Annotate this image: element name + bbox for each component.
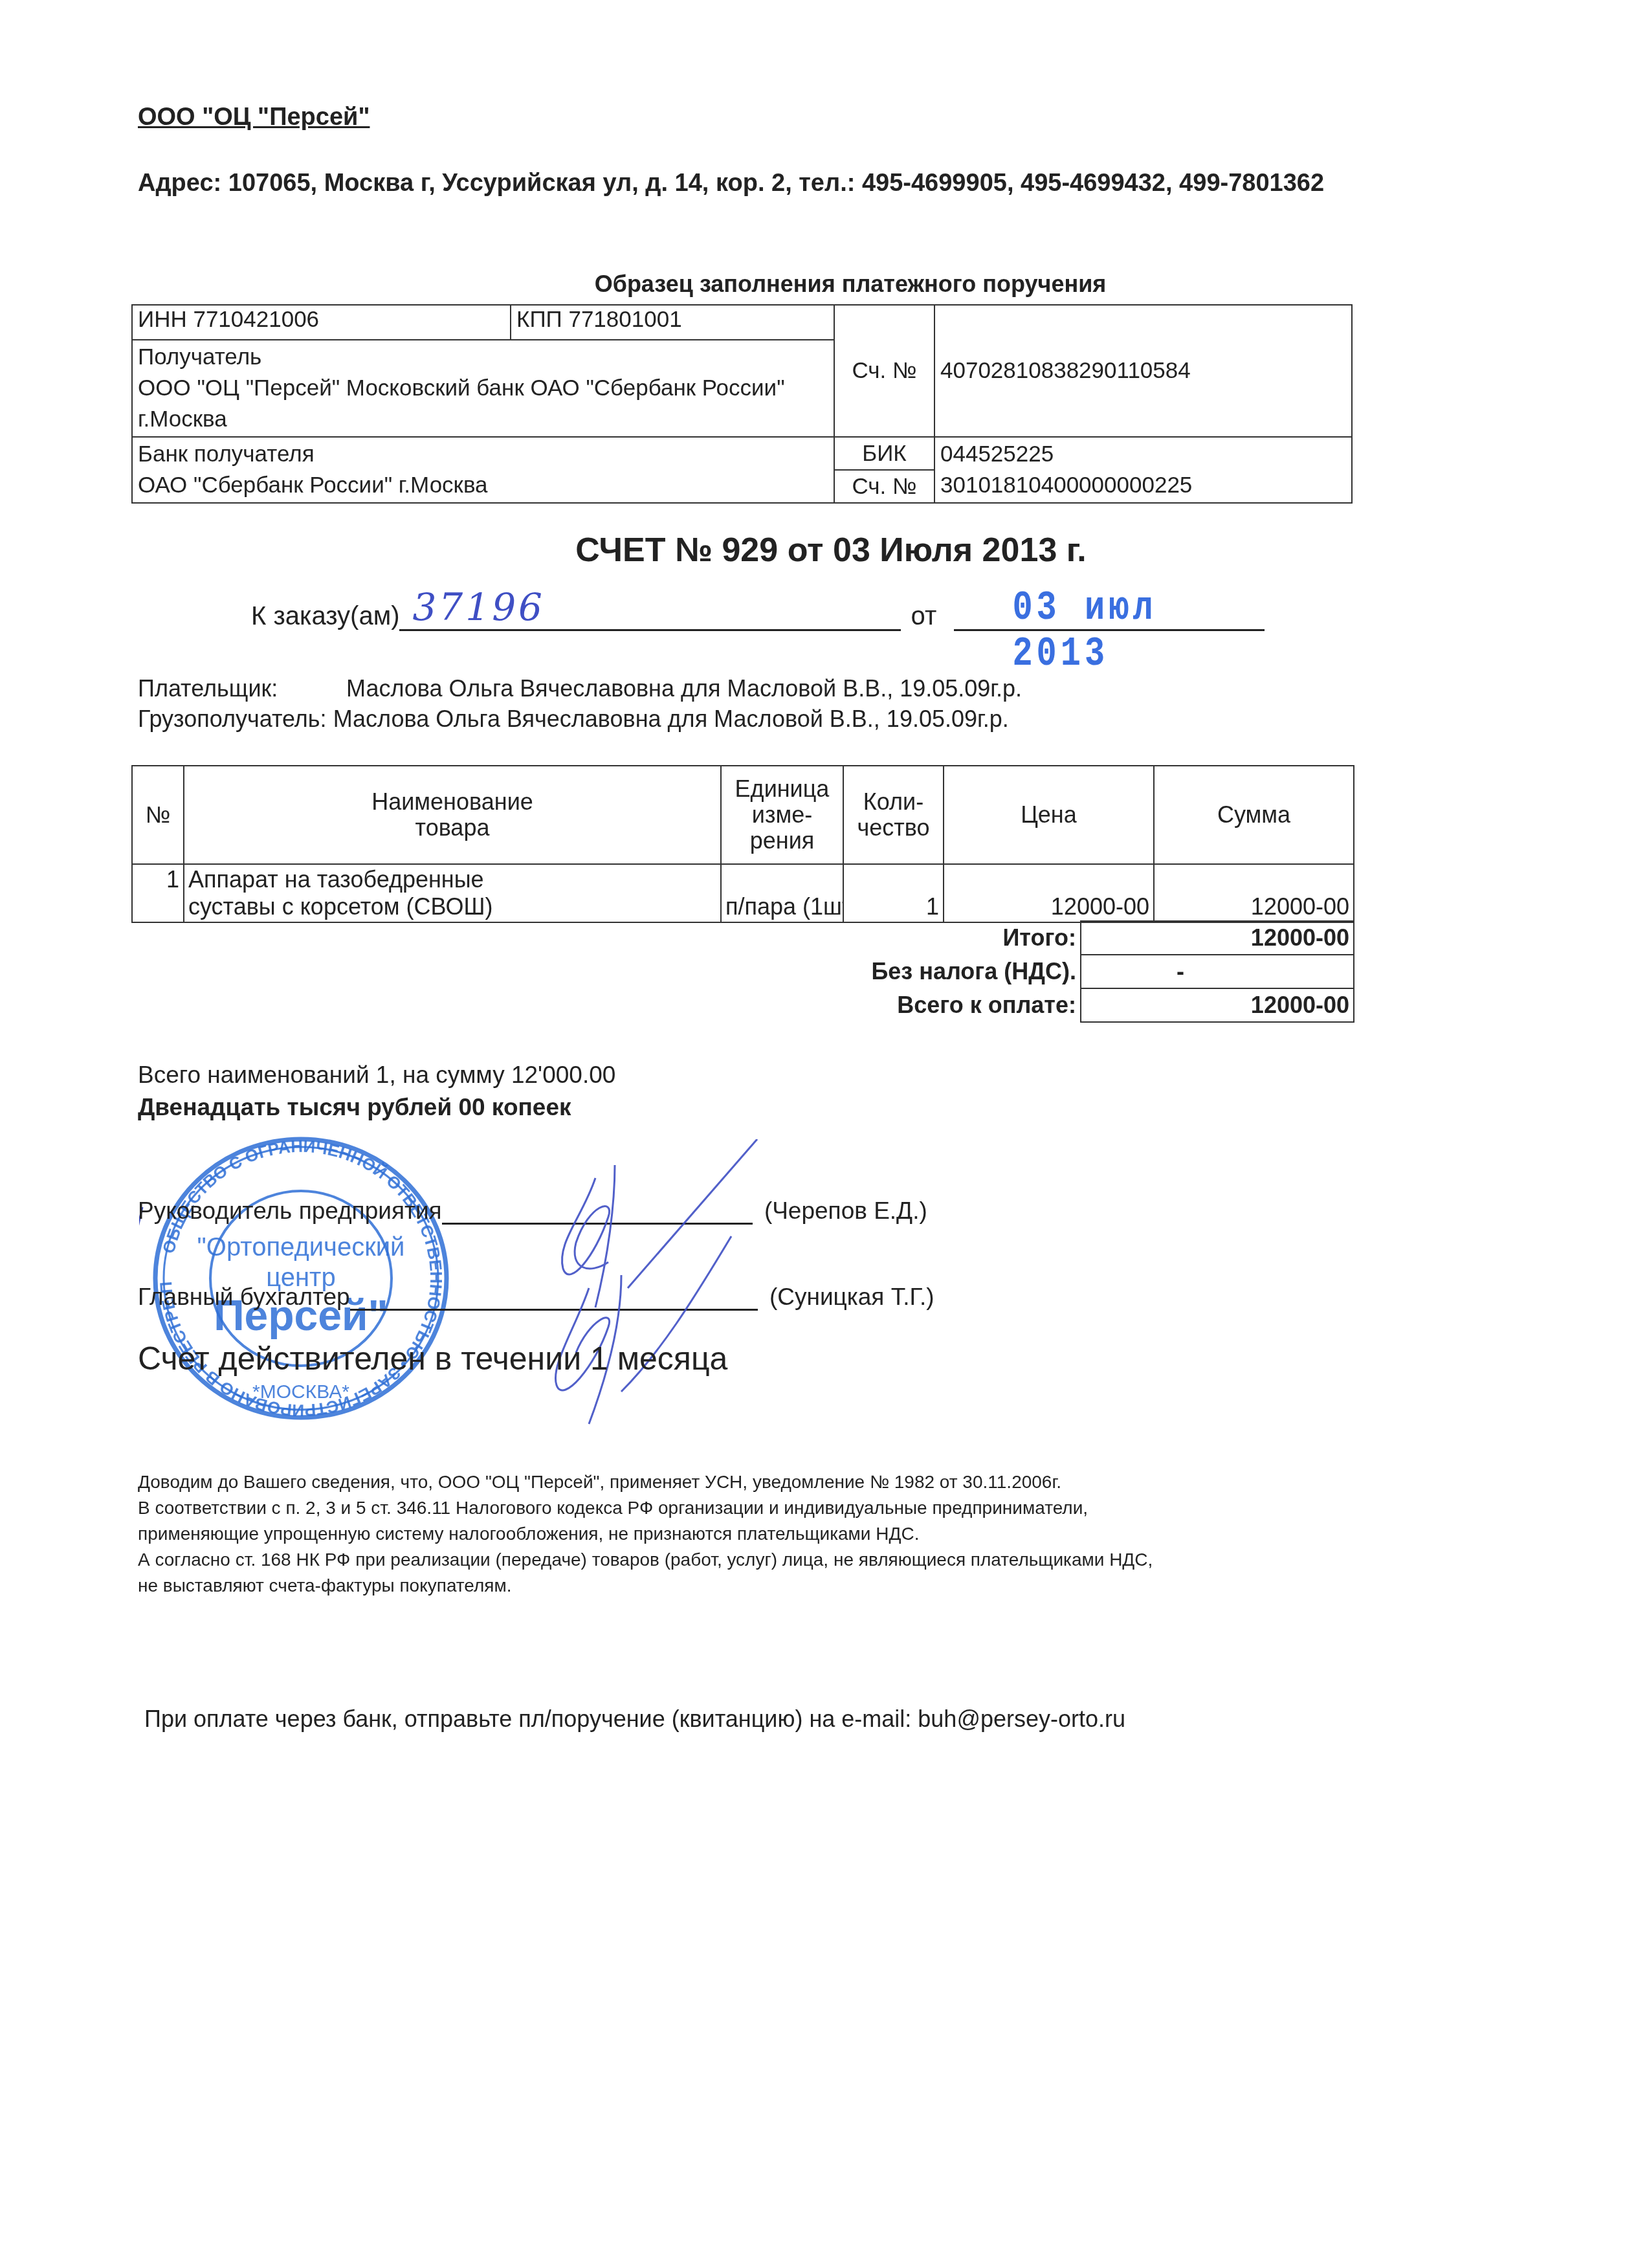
col-name-line2: товара <box>184 815 720 841</box>
handwritten-signature-icon <box>518 1139 790 1443</box>
tax-note-line: А согласно ст. 168 НК РФ при реализации … <box>138 1547 1153 1573</box>
row-qty: 1 <box>843 864 944 922</box>
subtotal-label: Итого: <box>712 921 1081 955</box>
consignee-value: Маслова Ольга Вячеславовна для Масловой … <box>333 706 1009 732</box>
subtotal-value: 12000-00 <box>1081 921 1354 955</box>
row-price: 12000-00 <box>944 864 1154 922</box>
inn-cell: ИНН 7710421006 <box>132 305 511 340</box>
col-name-line1: Наименование <box>184 789 720 815</box>
company-name: ООО "ОЦ "Персей" <box>138 104 370 131</box>
bank-name: ОАО "Сбербанк России" г.Москва <box>138 470 828 501</box>
col-qty-line1: Коли- <box>844 789 943 815</box>
col-unit-line3: рения <box>722 828 843 854</box>
director-label: Руководитель предприятия <box>138 1197 442 1224</box>
payer-value: Маслова Ольга Вячеславовна для Масловой … <box>346 675 1022 702</box>
recipient-bank-cell: Банк получателя ОАО "Сбербанк России" г.… <box>132 437 834 503</box>
col-name: Наименованиетовара <box>184 766 721 864</box>
vat-value: - <box>1081 955 1354 988</box>
col-unit-line1: Единица <box>722 776 843 802</box>
col-sum: Сумма <box>1154 766 1354 864</box>
order-number-line: 37196 <box>399 603 901 631</box>
payment-email-note: При оплате через банк, отправьте пл/пору… <box>144 1706 1125 1733</box>
order-date-line: 03 июл 2013 <box>954 603 1265 631</box>
row-unit: п/пара (1шт <box>721 864 843 922</box>
row-sum: 12000-00 <box>1154 864 1354 922</box>
col-unit: Единицаизме-рения <box>721 766 843 864</box>
col-num: № <box>132 766 184 864</box>
consignee-row: Грузополучатель: Маслова Ольга Вячеславо… <box>138 706 1009 733</box>
svg-text:"Ортопедический: "Ортопедический <box>197 1233 405 1262</box>
account-number: 40702810838290110584 <box>934 305 1352 437</box>
accountant-name: (Суницкая Т.Г.) <box>769 1284 934 1310</box>
payer-row: Плательщик:Маслова Ольга Вячеславовна дл… <box>138 675 1022 702</box>
svg-text:*МОСКВА*: *МОСКВА* <box>252 1381 349 1403</box>
amount-in-words: Двенадцать тысяч рублей 00 копеек <box>138 1094 571 1121</box>
tax-note-line: В соответствии с п. 2, 3 и 5 ст. 346.11 … <box>138 1495 1153 1521</box>
row-num: 1 <box>132 864 184 922</box>
bik-value: 044525225 <box>940 439 1346 470</box>
total-value: 12000-00 <box>1081 988 1354 1022</box>
corr-account-label: Сч. № <box>834 470 934 503</box>
invoice-title: СЧЕТ № 929 от 03 Июля 2013 г. <box>0 531 1636 570</box>
payer-label: Плательщик: <box>138 675 346 702</box>
recipient-label: Получатель <box>138 342 828 373</box>
consignee-label: Грузополучатель: <box>138 706 327 732</box>
row-name: Аппарат на тазобедренные суставы с корсе… <box>184 864 721 922</box>
totals-table: Итого:12000-00 Без налога (НДС).- Всего … <box>712 920 1354 1023</box>
col-qty-line2: чество <box>844 815 943 841</box>
bank-details-table: ИНН 7710421006 КПП 771801001 Сч. № 40702… <box>131 304 1353 504</box>
tax-notes: Доводим до Вашего сведения, что, ООО "ОЦ… <box>138 1469 1153 1599</box>
bik-label: БИК <box>834 437 934 470</box>
tax-note-line: применяющие упрощенную систему налогообл… <box>138 1521 1153 1547</box>
col-unit-line2: изме- <box>722 802 843 828</box>
total-label: Всего к оплате: <box>712 988 1081 1022</box>
col-qty: Коли-чество <box>843 766 944 864</box>
payment-sample-title: Образец заполнения платежного поручения <box>0 271 1636 298</box>
order-label: К заказу(ам) <box>251 602 399 630</box>
table-row: 1 Аппарат на тазобедренные суставы с кор… <box>132 864 1354 922</box>
tax-note-line: не выставляют счета-фактуры покупателям. <box>138 1573 1153 1599</box>
order-from-label: от <box>911 602 937 630</box>
bik-and-corr-cell: 044525225 30101810400000000225 <box>934 437 1352 503</box>
company-seal-icon: ОБЩЕСТВО С ОГРАНИЧЕННОЙ ОТВЕТСТВЕННОСТЬЮ… <box>139 1136 463 1421</box>
bank-label: Банк получателя <box>138 439 828 470</box>
recipient-cell: Получатель ООО "ОЦ "Персей" Московский б… <box>132 340 834 437</box>
handwritten-order-number: 37196 <box>412 585 545 629</box>
date-stamp: 03 июл 2013 <box>1012 585 1265 677</box>
recipient-name: ООО "ОЦ "Персей" Московский банк ОАО "Сб… <box>138 373 828 435</box>
company-address: Адрес: 107065, Москва г, Уссурийская ул,… <box>138 165 1367 201</box>
tax-note-line: Доводим до Вашего сведения, что, ООО "ОЦ… <box>138 1469 1153 1495</box>
account-label: Сч. № <box>834 305 934 437</box>
vat-label: Без налога (НДС). <box>712 955 1081 988</box>
items-table: № Наименованиетовара Единицаизме-рения К… <box>131 765 1354 923</box>
validity-notice: Счет действителен в течении 1 месяца <box>138 1340 727 1377</box>
corr-account-value: 30101810400000000225 <box>940 470 1346 501</box>
items-count-summary: Всего наименований 1, на сумму 12'000.00 <box>138 1062 615 1089</box>
col-price: Цена <box>944 766 1154 864</box>
order-reference: К заказу(ам)37196 от 03 июл 2013 <box>251 602 1265 631</box>
kpp-cell: КПП 771801001 <box>511 305 834 340</box>
accountant-label: Главный бухгалтер <box>138 1284 350 1310</box>
